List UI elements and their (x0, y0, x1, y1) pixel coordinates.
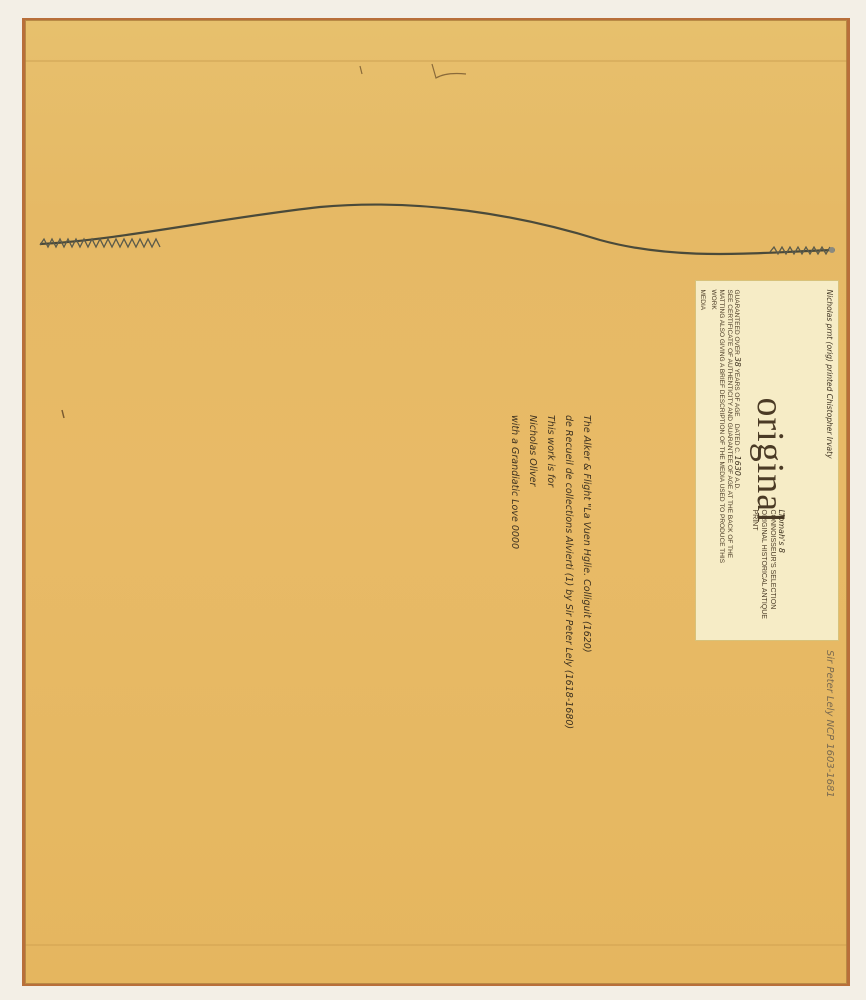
label-title: original (748, 397, 792, 523)
label-certificate-line: MATTING ALSO GIVING A BRIEF DESCRIPTION … (718, 289, 725, 563)
dated-prefix: DATED c. (733, 423, 740, 453)
label-certificate-line: SEE CERTIFICATE OF AUTHENTICITY AND GUAR… (726, 289, 733, 558)
label-subtitle-line: ORIGINAL HISTORICAL ANTIQUE PRINT (750, 509, 768, 640)
note-line: Nicholas Oliver (523, 415, 541, 765)
side-note-text: Sir Peter Lely NCP 1603-1681 (815, 650, 835, 870)
dated-value: 1630 (733, 455, 742, 475)
note-line: The Alker & Flight "La Vuen Hglie. Colli… (577, 415, 595, 765)
label-certificate-line: WORK (710, 289, 717, 309)
note-line: with a Grandiatic Love 0000 (505, 415, 523, 765)
pencil-side-note: Sir Peter Lely NCP 1603-1681 (805, 650, 845, 870)
certificate-label: Nicholas prnt (orig) printed Chistopher … (696, 281, 838, 640)
handwritten-notes: The Alker & Flight "La Vuen Hglie. Colli… (495, 415, 595, 765)
label-subtitle-line: CONNOISSEUR'S SELECTION (768, 509, 777, 640)
dated-suffix: A.D. (733, 477, 740, 490)
label-handwritten-header: Nicholas prnt (orig) printed Chistopher … (825, 289, 834, 458)
note-line: de Recueil de collections Alvierti (1) b… (559, 415, 577, 765)
label-guarantee: GUARANTEED OVER 38 YEARS OF AGE DATED c.… (733, 289, 742, 490)
guarantee-prefix: GUARANTEED OVER (733, 289, 740, 354)
guarantee-years: 38 (733, 356, 742, 366)
note-line: This work is for (541, 415, 559, 765)
label-handwritten-subtitle: Lipmah's 8 (777, 509, 786, 640)
label-subtitle: Lipmah's 8 CONNOISSEUR'S SELECTION ORIGI… (750, 509, 786, 640)
label-media-heading: MEDIA (699, 289, 706, 310)
guarantee-suffix: YEARS OF AGE (733, 368, 740, 416)
